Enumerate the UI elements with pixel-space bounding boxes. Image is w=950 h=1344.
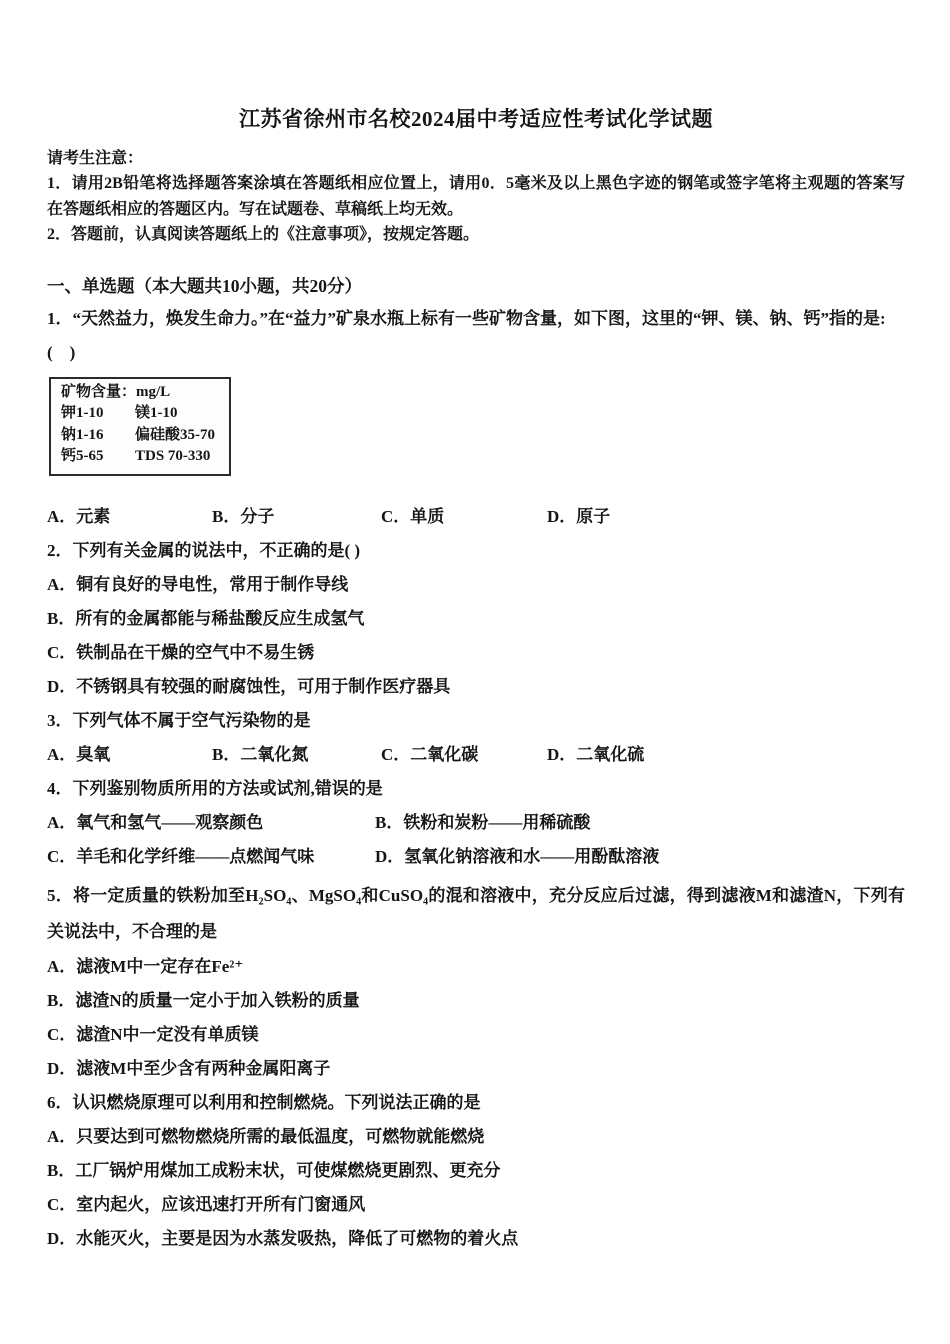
q3-option-c: C．二氧化碳 <box>381 738 547 772</box>
q6-option-c: C．室内起火，应该迅速打开所有门窗通风 <box>47 1188 905 1222</box>
q1-option-b: B．分子 <box>212 500 381 534</box>
mineral-cell-potassium: 钾1-10 <box>61 403 125 425</box>
question-6-stem: 6．认识燃烧原理可以利用和控制燃烧。下列说法正确的是 <box>47 1086 905 1120</box>
question-3-stem: 3．下列气体不属于空气污染物的是 <box>47 704 905 738</box>
mineral-cell-tds: TDS 70-330 <box>135 448 210 464</box>
exam-document-page: 江苏省徐州市名校2024届中考适应性考试化学试题 请考生注意： 1．请用2B铅笔… <box>0 0 950 1344</box>
mineral-content-box: 矿物含量：mg/L 钾1-10镁1-10 钠1-16偏硅酸35-70 钙5-65… <box>49 377 231 476</box>
q2-option-b: B．所有的金属都能与稀盐酸反应生成氢气 <box>47 602 905 636</box>
q2-option-d: D．不锈钢具有较强的耐腐蚀性，可用于制作医疗器具 <box>47 670 905 704</box>
q4-option-d: D．氢氧化钠溶液和水——用酚酞溶液 <box>375 840 905 874</box>
notice-heading: 请考生注意： <box>47 146 905 171</box>
mineral-row-sodium: 钠1-16偏硅酸35-70 <box>61 425 215 447</box>
question-1-options: A．元素 B．分子 C．单质 D．原子 <box>47 500 905 534</box>
q6-option-a: A．只要达到可燃物燃烧所需的最低温度，可燃物就能燃烧 <box>47 1120 905 1154</box>
q6-option-b: B．工厂锅炉用煤加工成粉末状，可使煤燃烧更剧烈、更充分 <box>47 1154 905 1188</box>
mineral-cell-calcium: 钙5-65 <box>61 446 125 468</box>
mineral-box-header: 矿物含量：mg/L <box>61 382 215 404</box>
question-4-stem: 4．下列鉴别物质所用的方法或试剂,错误的是 <box>47 772 905 806</box>
q1-option-a: A．元素 <box>47 500 212 534</box>
question-2-stem: 2．下列有关金属的说法中，不正确的是( ) <box>47 534 905 568</box>
mineral-cell-magnesium: 镁1-10 <box>135 405 178 421</box>
mineral-cell-metasilicic-acid: 偏硅酸35-70 <box>135 427 215 443</box>
question-1-stem: 1．“天然益力，焕发生命力。”在“益力”矿泉水瓶上标有一些矿物含量，如下图，这里… <box>47 302 905 370</box>
mineral-row-potassium: 钾1-10镁1-10 <box>61 403 215 425</box>
q3-option-d: D．二氧化硫 <box>547 738 905 772</box>
q4-option-a: A．氧气和氢气——观察颜色 <box>47 806 375 840</box>
notice-item-2: 2．答题前，认真阅读答题纸上的《注意事项》，按规定答题。 <box>47 222 905 248</box>
question-4-options-row-1: A．氧气和氢气——观察颜色 B．铁粉和炭粉——用稀硫酸 <box>47 806 905 840</box>
question-5-stem: 5．将一定质量的铁粉加至H₂SO₄、MgSO₄和CuSO₄的混和溶液中，充分反应… <box>47 878 905 950</box>
q2-option-c: C．铁制品在干燥的空气中不易生锈 <box>47 636 905 670</box>
q1-option-d: D．原子 <box>547 500 905 534</box>
q2-option-a: A．铜有良好的导电性，常用于制作导线 <box>47 568 905 602</box>
mineral-row-calcium: 钙5-65TDS 70-330 <box>61 446 215 468</box>
page-title: 江苏省徐州市名校2024届中考适应性考试化学试题 <box>47 104 905 134</box>
q5-option-a: A．滤液M中一定存在Fe²⁺ <box>47 950 905 984</box>
q5-option-b: B．滤渣N的质量一定小于加入铁粉的质量 <box>47 984 905 1018</box>
question-4-options-row-2: C．羊毛和化学纤维——点燃闻气味 D．氢氧化钠溶液和水——用酚酞溶液 <box>47 840 905 874</box>
q6-option-d: D．水能灭火，主要是因为水蒸发吸热，降低了可燃物的着火点 <box>47 1222 905 1256</box>
notice-item-1: 1．请用2B铅笔将选择题答案涂填在答题纸相应位置上，请用0．5毫米及以上黑色字迹… <box>47 171 905 222</box>
question-3-options: A．臭氧 B．二氧化氮 C．二氧化碳 D．二氧化硫 <box>47 738 905 772</box>
q4-option-c: C．羊毛和化学纤维——点燃闻气味 <box>47 840 375 874</box>
q1-option-c: C．单质 <box>381 500 547 534</box>
q4-option-b: B．铁粉和炭粉——用稀硫酸 <box>375 806 905 840</box>
mineral-cell-sodium: 钠1-16 <box>61 425 125 447</box>
section-heading: 一、单选题（本大题共10小题，共20分） <box>47 272 905 300</box>
q3-option-b: B．二氧化氮 <box>212 738 381 772</box>
q5-option-c: C．滤渣N中一定没有单质镁 <box>47 1018 905 1052</box>
q5-option-d: D．滤液M中至少含有两种金属阳离子 <box>47 1052 905 1086</box>
q3-option-a: A．臭氧 <box>47 738 212 772</box>
